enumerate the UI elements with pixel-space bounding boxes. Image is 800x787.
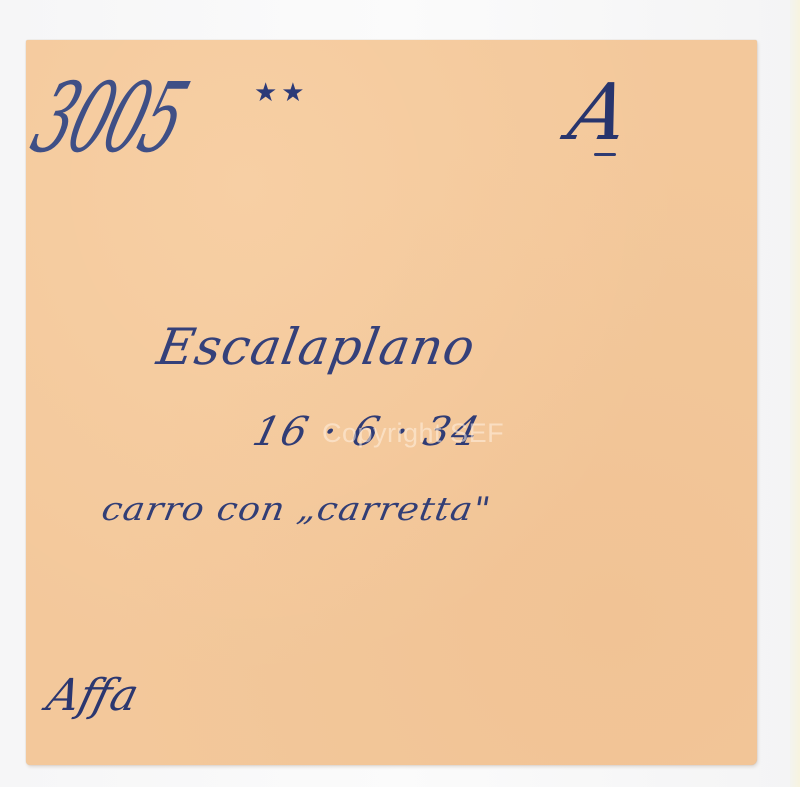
archival-card: 3005 ★★ A Escalaplano 16 · 6 · 34 carro … bbox=[26, 40, 757, 765]
scan-background: 3005 ★★ A Escalaplano 16 · 6 · 34 carro … bbox=[0, 0, 800, 787]
adjacent-card-edge bbox=[790, 0, 800, 787]
catalog-number: 3005 bbox=[23, 70, 196, 166]
series-letter: A bbox=[563, 74, 636, 152]
caption: carro con „carretta" bbox=[99, 494, 493, 526]
signature: Affa bbox=[43, 674, 143, 718]
star-marks-icon: ★★ bbox=[254, 80, 309, 106]
place-name: Escalaplano bbox=[154, 322, 480, 372]
date: 16 · 6 · 34 bbox=[249, 412, 485, 452]
series-letter-underline bbox=[594, 153, 616, 156]
